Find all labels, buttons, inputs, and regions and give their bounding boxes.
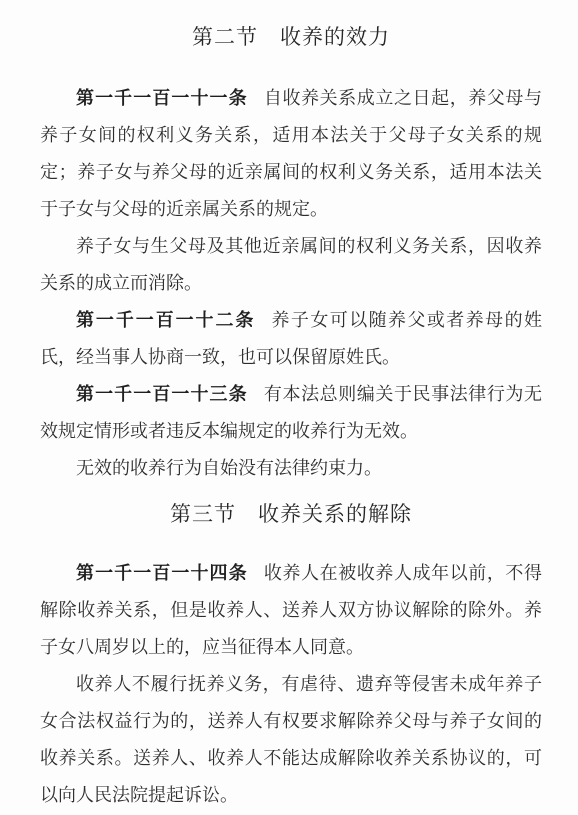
article-text: 无效的收养行为自始没有法律约束力。 <box>76 458 382 479</box>
document-page: 第二节 收养的效力 第一千一百一十一条自收养关系成立之日起，养父母与养子女间的权… <box>0 0 578 815</box>
article-number-1112: 第一千一百一十二条 <box>76 310 255 331</box>
law-paragraph: 收养人不履行抚养义务，有虐待、遗弃等侵害未成年养子女合法权益行为的，送养人有权要… <box>40 666 542 814</box>
article-number-1114: 第一千一百一十四条 <box>76 563 248 584</box>
article-number-1111: 第一千一百一十一条 <box>76 88 248 109</box>
article-text: 收养人不履行抚养义务，有虐待、遗弃等侵害未成年养子女合法权益行为的，送养人有权要… <box>40 674 542 806</box>
law-paragraph-article-1111: 第一千一百一十一条自收养关系成立之日起，养父母与养子女间的权利义务关系，适用本法… <box>40 80 542 228</box>
article-text: 养子女与生父母及其他近亲属间的权利义务关系，因收养关系的成立而消除。 <box>40 236 542 294</box>
law-paragraph: 无效的收养行为自始没有法律约束力。 <box>40 450 542 487</box>
law-paragraph-article-1114: 第一千一百一十四条收养人在被收养人成年以前，不得解除收养关系，但是收养人、送养人… <box>40 555 542 666</box>
law-paragraph-article-1113: 第一千一百一十三条有本法总则编关于民事法律行为无效规定情形或者违反本编规定的收养… <box>40 376 542 450</box>
section-heading-effect-of-adoption: 第二节 收养的效力 <box>40 22 542 52</box>
law-paragraph-article-1112: 第一千一百一十二条养子女可以随养父或者养母的姓氏，经当事人协商一致，也可以保留原… <box>40 302 542 376</box>
section-heading-dissolution-of-adoption: 第三节 收养关系的解除 <box>40 499 542 529</box>
article-number-1113: 第一千一百一十三条 <box>76 384 248 405</box>
law-paragraph: 养子女与生父母及其他近亲属间的权利义务关系，因收养关系的成立而消除。 <box>40 228 542 302</box>
